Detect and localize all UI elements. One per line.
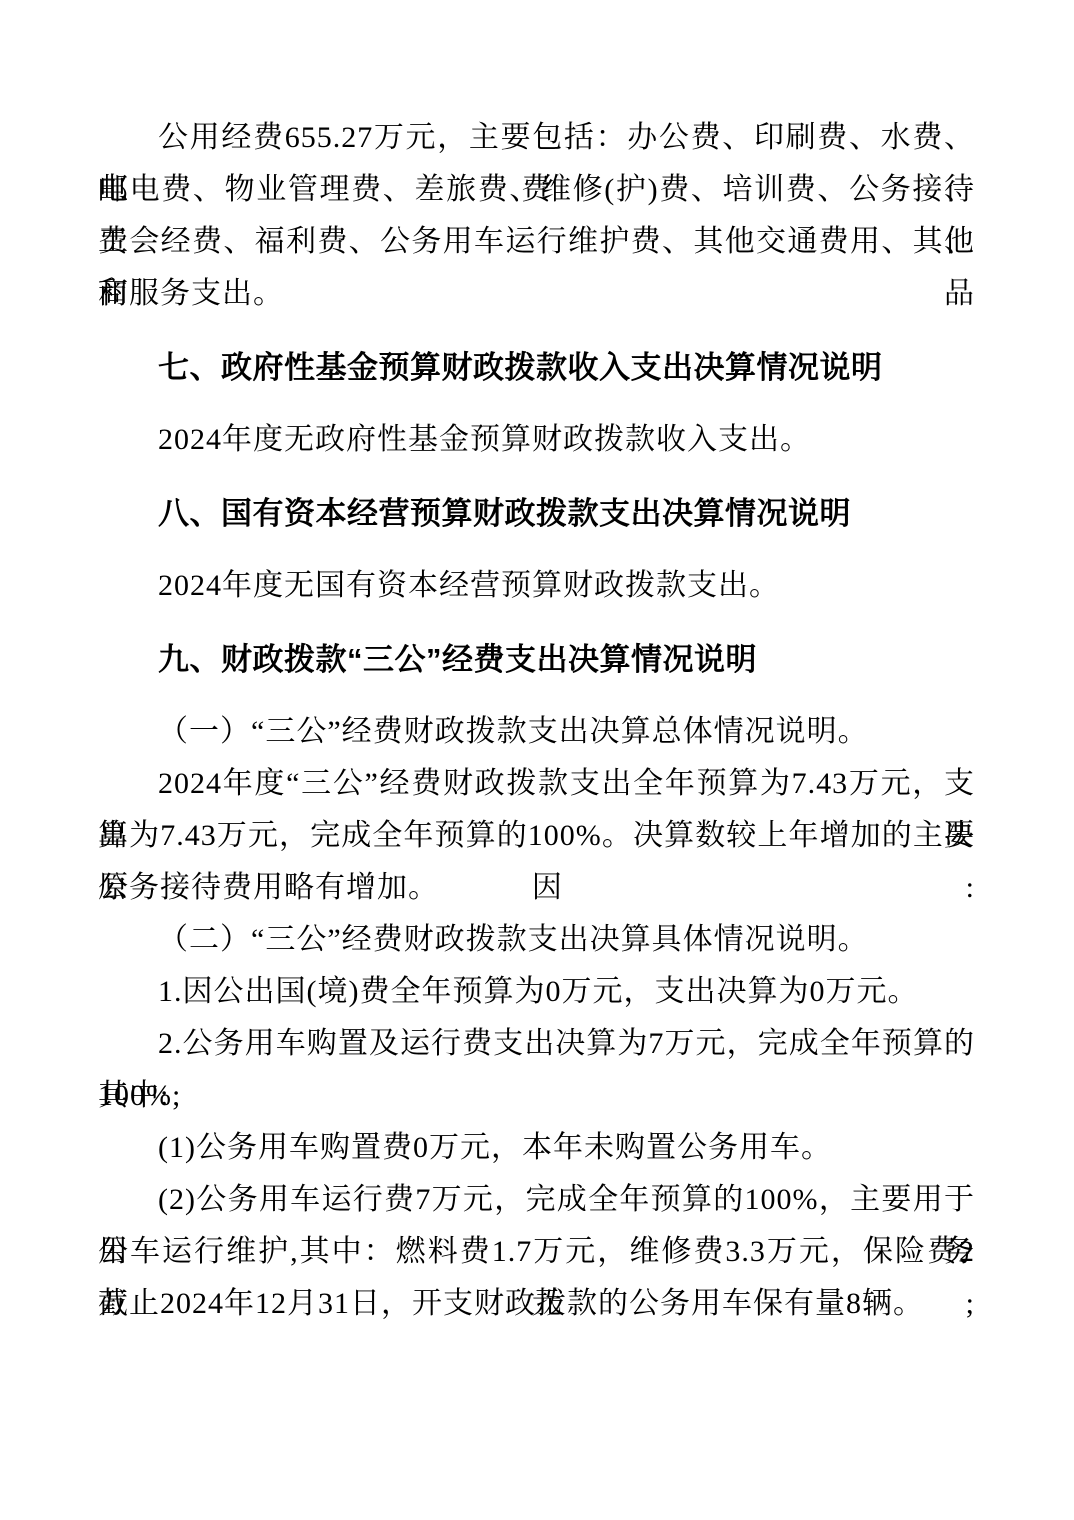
paragraph-line: （一）“三公”经费财政拨款支出决算总体情况说明。	[98, 706, 975, 758]
paragraph-line: (1)公务用车购置费0万元，本年未购置公务用车。	[98, 1122, 975, 1174]
paragraph-line: 1.因公出国(境)费全年预算为0万元，支出决算为0万元。	[98, 966, 975, 1018]
paragraph-line: 2024年度无国有资本经营预算财政拨款支出。	[98, 560, 975, 612]
paragraph-line: 2024年度“三公”经费财政拨款支出全年预算为7.43万元，支出决	[98, 758, 975, 810]
paragraph-line: 工会经费、福利费、公务用车运行维护费、其他交通费用、其他商品	[98, 216, 975, 268]
paragraph-line: 2024年度无政府性基金预算财政拨款收入支出。	[98, 414, 975, 466]
paragraph-line: (2)公务用车运行费7万元，完成全年预算的100%，主要用于公务	[98, 1174, 975, 1226]
paragraph-line: 2.公务用车购置及运行费支出决算为7万元，完成全年预算的100%;	[98, 1018, 975, 1070]
paragraph-line: （二）“三公”经费财政拨款支出决算具体情况说明。	[98, 914, 975, 966]
section-heading-7: 七、政府性基金预算财政拨款收入支出决算情况说明	[98, 342, 975, 394]
paragraph-line: 算为7.43万元，完成全年预算的100%。决算数较上年增加的主要原因:	[98, 810, 975, 862]
paragraph-line: 用车运行维护,其中：燃料费1.7万元，维修费3.3万元，保险费2万元;	[98, 1226, 975, 1278]
section-heading-9: 九、财政拨款“三公”经费支出决算情况说明	[98, 634, 975, 686]
paragraph-line: 公用经费655.27万元，主要包括：办公费、印刷费、水费、电费、	[98, 112, 975, 164]
paragraph-line: 截止2024年12月31日，开支财政拨款的公务用车保有量8辆。	[98, 1278, 975, 1330]
paragraph-line: 其中:	[98, 1070, 975, 1122]
document-page: 公用经费655.27万元，主要包括：办公费、印刷费、水费、电费、 邮电费、物业管…	[0, 0, 1074, 1520]
section-heading-8: 八、国有资本经营预算财政拨款支出决算情况说明	[98, 488, 975, 540]
paragraph-line: 邮电费、物业管理费、差旅费、维修(护)费、培训费、公务接待费、	[98, 164, 975, 216]
